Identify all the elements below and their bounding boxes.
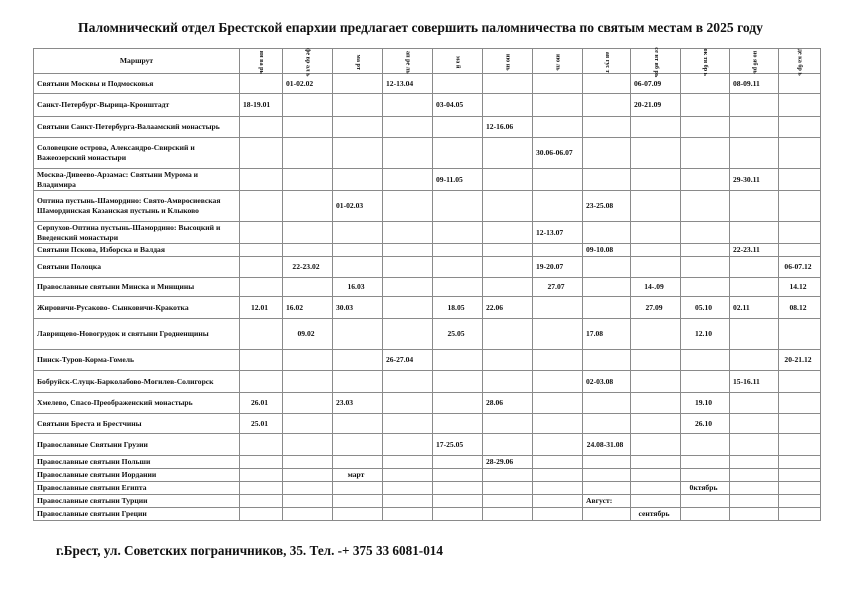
- date-cell-июль: [533, 393, 583, 414]
- date-cell-январь: [240, 508, 283, 521]
- date-cell-декабрь: [779, 482, 821, 495]
- date-cell-февраль: [283, 94, 333, 117]
- date-cell-ноябрь: [730, 138, 779, 169]
- date-cell-июнь: [483, 169, 533, 191]
- date-cell-апрель: [383, 94, 433, 117]
- month-header-label: ян ва рь: [258, 51, 265, 74]
- date-cell-август: 23-25.08: [583, 191, 631, 222]
- date-cell-февраль: [283, 222, 333, 244]
- date-cell-май: [433, 495, 483, 508]
- date-cell-июнь: 12-16.06: [483, 117, 533, 138]
- date-cell-сентябрь: [631, 434, 681, 456]
- date-cell-март: [333, 257, 383, 278]
- date-cell-октябрь: 05.10: [681, 297, 730, 319]
- date-cell-июнь: 28.06: [483, 393, 533, 414]
- date-cell-апрель: [383, 319, 433, 350]
- date-cell-май: [433, 257, 483, 278]
- date-cell-июнь: [483, 319, 533, 350]
- month-header-1: фе вр ал ь: [283, 49, 333, 74]
- month-header-label: ма й: [454, 56, 461, 68]
- date-cell-март: 30.03: [333, 297, 383, 319]
- date-cell-апрель: [383, 244, 433, 257]
- date-cell-сентябрь: 20-21.09: [631, 94, 681, 117]
- date-cell-март: [333, 117, 383, 138]
- date-cell-ноябрь: [730, 191, 779, 222]
- date-cell-август: [583, 94, 631, 117]
- date-cell-июль: [533, 191, 583, 222]
- date-cell-февраль: [283, 278, 333, 297]
- table-row: Православные святыни Египта0ктябрь: [34, 482, 821, 495]
- date-cell-май: [433, 278, 483, 297]
- date-cell-апрель: [383, 278, 433, 297]
- route-name: Православные святыни Польши: [34, 456, 240, 469]
- date-cell-октябрь: [681, 222, 730, 244]
- table-row: Лаврищево-Новогрудок и святыни Гродненщи…: [34, 319, 821, 350]
- date-cell-октябрь: 26.10: [681, 414, 730, 434]
- date-cell-февраль: [283, 495, 333, 508]
- date-cell-ноябрь: 15-16.11: [730, 371, 779, 393]
- table-body: Святыни Москвы и Подмосковья01-02.0212-1…: [34, 74, 821, 521]
- month-header-5: ию нь: [483, 49, 533, 74]
- route-name: Оптина пустынь-Шамордино: Свято-Амвросие…: [34, 191, 240, 222]
- date-cell-декабрь: [779, 94, 821, 117]
- date-cell-октябрь: [681, 495, 730, 508]
- date-cell-июль: [533, 508, 583, 521]
- date-cell-июль: [533, 297, 583, 319]
- pilgrimage-schedule-table: Маршрут ян ва рьфе вр ал ьма ртап ре льм…: [33, 48, 821, 521]
- date-cell-январь: [240, 117, 283, 138]
- route-name: Православные Святыни Грузии: [34, 434, 240, 456]
- date-cell-май: 17-25.05: [433, 434, 483, 456]
- date-cell-сентябрь: [631, 117, 681, 138]
- date-cell-декабрь: 08.12: [779, 297, 821, 319]
- date-cell-октябрь: [681, 94, 730, 117]
- date-cell-октябрь: [681, 434, 730, 456]
- date-cell-январь: [240, 191, 283, 222]
- date-cell-сентябрь: [631, 393, 681, 414]
- date-cell-ноябрь: [730, 482, 779, 495]
- table-row: Православные святыни Иорданиимарт: [34, 469, 821, 482]
- date-cell-февраль: [283, 350, 333, 371]
- month-header-2: ма рт: [333, 49, 383, 74]
- date-cell-сентябрь: [631, 222, 681, 244]
- date-cell-май: [433, 191, 483, 222]
- date-cell-август: [583, 469, 631, 482]
- date-cell-февраль: [283, 469, 333, 482]
- route-name: Бобруйск-Слуцк-Барколабово-Могилев-Солиг…: [34, 371, 240, 393]
- date-cell-сентябрь: 14-.09: [631, 278, 681, 297]
- date-cell-октябрь: [681, 456, 730, 469]
- route-name: Пинск-Туров-Корма-Гомель: [34, 350, 240, 371]
- table-row: Православные святыни Грециисентябрь: [34, 508, 821, 521]
- date-cell-сентябрь: [631, 482, 681, 495]
- date-cell-январь: 25.01: [240, 414, 283, 434]
- month-header-3: ап ре ль: [383, 49, 433, 74]
- date-cell-июнь: [483, 495, 533, 508]
- date-cell-июнь: [483, 508, 533, 521]
- date-cell-март: [333, 222, 383, 244]
- date-cell-декабрь: [779, 456, 821, 469]
- month-header-8: се нт яб рь: [631, 49, 681, 74]
- date-cell-ноябрь: [730, 434, 779, 456]
- table-row: Святыни Полоцка22-23.0219-20.0706-07.12: [34, 257, 821, 278]
- date-cell-февраль: [283, 191, 333, 222]
- date-cell-июль: [533, 350, 583, 371]
- date-cell-май: [433, 244, 483, 257]
- date-cell-ноябрь: [730, 393, 779, 414]
- month-header-label: ма рт: [354, 55, 361, 70]
- date-cell-ноябрь: [730, 117, 779, 138]
- date-cell-март: [333, 350, 383, 371]
- date-cell-октябрь: [681, 191, 730, 222]
- route-name: Святыни Санкт-Петербурга-Валаамский мона…: [34, 117, 240, 138]
- date-cell-июль: 27.07: [533, 278, 583, 297]
- date-cell-август: [583, 508, 631, 521]
- date-cell-декабрь: [779, 222, 821, 244]
- date-cell-февраль: 22-23.02: [283, 257, 333, 278]
- date-cell-декабрь: [779, 469, 821, 482]
- date-cell-февраль: [283, 508, 333, 521]
- date-cell-август: [583, 414, 631, 434]
- date-cell-январь: [240, 74, 283, 94]
- date-cell-декабрь: [779, 495, 821, 508]
- table-row: Святыни Санкт-Петербурга-Валаамский мона…: [34, 117, 821, 138]
- date-cell-июль: 19-20.07: [533, 257, 583, 278]
- table-row: Хмелево, Спасо-Преображенский монастырь2…: [34, 393, 821, 414]
- date-cell-декабрь: 14.12: [779, 278, 821, 297]
- route-name: Святыни Пскова, Изборска и Валдая: [34, 244, 240, 257]
- date-cell-август: [583, 482, 631, 495]
- date-cell-сентябрь: сентябрь: [631, 508, 681, 521]
- date-cell-февраль: [283, 244, 333, 257]
- date-cell-июнь: [483, 371, 533, 393]
- month-header-label: ию нь: [504, 54, 511, 71]
- date-cell-май: [433, 74, 483, 94]
- date-cell-февраль: [283, 169, 333, 191]
- date-cell-октябрь: [681, 244, 730, 257]
- month-header-label: ию ль: [554, 54, 561, 71]
- table-row: Пинск-Туров-Корма-Гомель26-27.0420-21.12: [34, 350, 821, 371]
- date-cell-январь: [240, 469, 283, 482]
- date-cell-июль: [533, 414, 583, 434]
- route-name: Хмелево, Спасо-Преображенский монастырь: [34, 393, 240, 414]
- date-cell-май: [433, 393, 483, 414]
- date-cell-январь: [240, 278, 283, 297]
- date-cell-январь: [240, 350, 283, 371]
- date-cell-апрель: [383, 414, 433, 434]
- route-name: Святыни Бреста и Брестчины: [34, 414, 240, 434]
- date-cell-декабрь: [779, 244, 821, 257]
- date-cell-март: [333, 495, 383, 508]
- date-cell-сентябрь: [631, 319, 681, 350]
- date-cell-февраль: [283, 482, 333, 495]
- date-cell-сентябрь: [631, 244, 681, 257]
- date-cell-сентябрь: [631, 138, 681, 169]
- date-cell-февраль: [283, 393, 333, 414]
- date-cell-февраль: 09.02: [283, 319, 333, 350]
- date-cell-ноябрь: 29-30.11: [730, 169, 779, 191]
- table-row: Соловецкие острова, Александро-Свирский …: [34, 138, 821, 169]
- date-cell-декабрь: [779, 371, 821, 393]
- date-cell-август: Август:: [583, 495, 631, 508]
- date-cell-апрель: [383, 482, 433, 495]
- table-row: Святыни Пскова, Изборска и Валдая09-10.0…: [34, 244, 821, 257]
- date-cell-январь: [240, 222, 283, 244]
- table-row: Санкт-Петербург-Вырица-Кронштадт18-19.01…: [34, 94, 821, 117]
- date-cell-март: март: [333, 469, 383, 482]
- date-cell-ноябрь: 22-23.11: [730, 244, 779, 257]
- date-cell-январь: [240, 319, 283, 350]
- date-cell-июль: [533, 371, 583, 393]
- date-cell-сентябрь: 27.09: [631, 297, 681, 319]
- date-cell-январь: [240, 169, 283, 191]
- month-header-7: ав гус т: [583, 49, 631, 74]
- month-header-0: ян ва рь: [240, 49, 283, 74]
- month-header-6: ию ль: [533, 49, 583, 74]
- date-cell-январь: 26.01: [240, 393, 283, 414]
- date-cell-ноябрь: [730, 278, 779, 297]
- date-cell-июнь: [483, 434, 533, 456]
- route-column-header: Маршрут: [34, 49, 240, 74]
- date-cell-декабрь: [779, 319, 821, 350]
- table-row: Серпухов-Оптина пустынь-Шамордино: Высоц…: [34, 222, 821, 244]
- table-row: Святыни Бреста и Брестчины25.0126.10: [34, 414, 821, 434]
- route-name: Святыни Полоцка: [34, 257, 240, 278]
- date-cell-август: [583, 117, 631, 138]
- date-cell-апрель: [383, 169, 433, 191]
- date-cell-февраль: [283, 117, 333, 138]
- route-name: Православные святыни Греции: [34, 508, 240, 521]
- date-cell-апрель: [383, 222, 433, 244]
- date-cell-февраль: 16.02: [283, 297, 333, 319]
- month-header-label: де ка бр ь: [796, 49, 803, 76]
- route-name: Православные святыни Египта: [34, 482, 240, 495]
- date-cell-август: 02-03.08: [583, 371, 631, 393]
- date-cell-май: 03-04.05: [433, 94, 483, 117]
- date-cell-июнь: [483, 257, 533, 278]
- date-cell-апрель: [383, 117, 433, 138]
- date-cell-май: 09-11.05: [433, 169, 483, 191]
- date-cell-февраль: [283, 414, 333, 434]
- date-cell-октябрь: 19.10: [681, 393, 730, 414]
- date-cell-декабрь: 20-21.12: [779, 350, 821, 371]
- date-cell-декабрь: [779, 191, 821, 222]
- date-cell-август: [583, 257, 631, 278]
- date-cell-ноябрь: 02.11: [730, 297, 779, 319]
- date-cell-декабрь: [779, 169, 821, 191]
- date-cell-май: [433, 482, 483, 495]
- date-cell-апрель: [383, 371, 433, 393]
- date-cell-апрель: [383, 434, 433, 456]
- date-cell-октябрь: [681, 371, 730, 393]
- date-cell-август: [583, 278, 631, 297]
- date-cell-июнь: [483, 414, 533, 434]
- date-cell-январь: [240, 495, 283, 508]
- table-row: Москва-Дивеево-Арзамас: Святыни Мурома и…: [34, 169, 821, 191]
- date-cell-август: 09-10.08: [583, 244, 631, 257]
- date-cell-декабрь: [779, 138, 821, 169]
- table-row: Православные святыни Минска и Минщины16.…: [34, 278, 821, 297]
- date-cell-декабрь: [779, 434, 821, 456]
- date-cell-март: [333, 456, 383, 469]
- date-cell-май: [433, 138, 483, 169]
- date-cell-июнь: [483, 278, 533, 297]
- date-cell-ноябрь: [730, 456, 779, 469]
- date-cell-октябрь: [681, 257, 730, 278]
- date-cell-ноябрь: [730, 508, 779, 521]
- date-cell-декабрь: [779, 508, 821, 521]
- date-cell-август: [583, 222, 631, 244]
- date-cell-март: [333, 138, 383, 169]
- date-cell-январь: [240, 257, 283, 278]
- month-header-label: но яб рь: [751, 51, 758, 74]
- date-cell-апрель: [383, 191, 433, 222]
- date-cell-июль: [533, 94, 583, 117]
- date-cell-август: [583, 138, 631, 169]
- route-name: Серпухов-Оптина пустынь-Шамордино: Высоц…: [34, 222, 240, 244]
- date-cell-март: [333, 94, 383, 117]
- date-cell-октябрь: [681, 169, 730, 191]
- date-cell-сентябрь: [631, 495, 681, 508]
- date-cell-апрель: [383, 456, 433, 469]
- date-cell-ноябрь: [730, 350, 779, 371]
- date-cell-сентябрь: [631, 191, 681, 222]
- date-cell-июнь: [483, 138, 533, 169]
- route-name: Святыни Москвы и Подмосковья: [34, 74, 240, 94]
- date-cell-ноябрь: [730, 414, 779, 434]
- date-cell-май: [433, 222, 483, 244]
- date-cell-ноябрь: [730, 319, 779, 350]
- table-row: Святыни Москвы и Подмосковья01-02.0212-1…: [34, 74, 821, 94]
- date-cell-октябрь: [681, 508, 730, 521]
- date-cell-март: 23.03: [333, 393, 383, 414]
- month-header-label: ок тя бр ь: [702, 49, 709, 76]
- date-cell-октябрь: [681, 138, 730, 169]
- date-cell-сентябрь: [631, 371, 681, 393]
- date-cell-февраль: [283, 371, 333, 393]
- date-cell-июль: [533, 469, 583, 482]
- date-cell-июнь: 28-29.06: [483, 456, 533, 469]
- date-cell-июнь: [483, 469, 533, 482]
- date-cell-декабрь: [779, 117, 821, 138]
- route-name: Соловецкие острова, Александро-Свирский …: [34, 138, 240, 169]
- route-name: Православные святыни Иордании: [34, 469, 240, 482]
- date-cell-ноябрь: [730, 94, 779, 117]
- date-cell-апрель: [383, 508, 433, 521]
- month-header-label: се нт яб рь: [652, 47, 659, 77]
- date-cell-март: [333, 244, 383, 257]
- table-row: Оптина пустынь-Шамордино: Свято-Амвросие…: [34, 191, 821, 222]
- date-cell-июль: [533, 482, 583, 495]
- route-name: Православные святыни Минска и Минщины: [34, 278, 240, 297]
- date-cell-декабрь: 06-07.12: [779, 257, 821, 278]
- date-cell-март: 16.03: [333, 278, 383, 297]
- route-name: Москва-Дивеево-Арзамас: Святыни Мурома и…: [34, 169, 240, 191]
- date-cell-февраль: [283, 456, 333, 469]
- table-row: Жировичи-Русаково- Сынковичи-Кракотка12.…: [34, 297, 821, 319]
- date-cell-октябрь: 0ктябрь: [681, 482, 730, 495]
- date-cell-ноябрь: [730, 222, 779, 244]
- date-cell-апрель: 12-13.04: [383, 74, 433, 94]
- month-header-11: де ка бр ь: [779, 49, 821, 74]
- date-cell-январь: [240, 456, 283, 469]
- date-cell-сентябрь: [631, 414, 681, 434]
- date-cell-март: [333, 371, 383, 393]
- date-cell-июль: [533, 117, 583, 138]
- date-cell-сентябрь: [631, 350, 681, 371]
- date-cell-июнь: [483, 191, 533, 222]
- date-cell-февраль: [283, 434, 333, 456]
- date-cell-май: [433, 508, 483, 521]
- date-cell-март: [333, 74, 383, 94]
- date-cell-май: [433, 350, 483, 371]
- date-cell-июнь: [483, 74, 533, 94]
- date-cell-сентябрь: [631, 469, 681, 482]
- date-cell-март: [333, 319, 383, 350]
- date-cell-ноябрь: 08-09.11: [730, 74, 779, 94]
- date-cell-апрель: [383, 469, 433, 482]
- date-cell-ноябрь: [730, 469, 779, 482]
- date-cell-май: 25.05: [433, 319, 483, 350]
- date-cell-март: 01-02.03: [333, 191, 383, 222]
- date-cell-июнь: [483, 222, 533, 244]
- month-header-10: но яб рь: [730, 49, 779, 74]
- date-cell-январь: [240, 138, 283, 169]
- date-cell-август: [583, 297, 631, 319]
- date-cell-октябрь: [681, 117, 730, 138]
- date-cell-август: [583, 393, 631, 414]
- table-row: Бобруйск-Слуцк-Барколабово-Могилев-Солиг…: [34, 371, 821, 393]
- date-cell-октябрь: [681, 74, 730, 94]
- date-cell-август: [583, 74, 631, 94]
- date-cell-октябрь: [681, 469, 730, 482]
- date-cell-декабрь: [779, 414, 821, 434]
- table-row: Православные святыни Польши28-29.06: [34, 456, 821, 469]
- date-cell-март: [333, 434, 383, 456]
- date-cell-июль: [533, 434, 583, 456]
- date-cell-сентябрь: [631, 169, 681, 191]
- date-cell-август: [583, 456, 631, 469]
- date-cell-декабрь: [779, 393, 821, 414]
- date-cell-февраль: [283, 138, 333, 169]
- date-cell-май: [433, 456, 483, 469]
- date-cell-август: 17.08: [583, 319, 631, 350]
- table-row: Православные святыни ТурцииАвгуст:: [34, 495, 821, 508]
- date-cell-июль: [533, 319, 583, 350]
- date-cell-июнь: [483, 350, 533, 371]
- date-cell-январь: [240, 371, 283, 393]
- date-cell-декабрь: [779, 74, 821, 94]
- date-cell-июнь: [483, 244, 533, 257]
- date-cell-сентябрь: [631, 257, 681, 278]
- date-cell-май: [433, 117, 483, 138]
- date-cell-июнь: 22.06: [483, 297, 533, 319]
- date-cell-январь: 18-19.01: [240, 94, 283, 117]
- date-cell-август: 24.08-31.08: [583, 434, 631, 456]
- date-cell-апрель: [383, 297, 433, 319]
- date-cell-февраль: 01-02.02: [283, 74, 333, 94]
- date-cell-июль: [533, 74, 583, 94]
- date-cell-май: [433, 371, 483, 393]
- month-header-4: ма й: [433, 49, 483, 74]
- date-cell-октябрь: [681, 350, 730, 371]
- date-cell-июль: 12-13.07: [533, 222, 583, 244]
- table-header-row: Маршрут ян ва рьфе вр ал ьма ртап ре льм…: [34, 49, 821, 74]
- month-header-label: ап ре ль: [404, 51, 411, 74]
- date-cell-май: [433, 469, 483, 482]
- route-name: Православные святыни Турции: [34, 495, 240, 508]
- route-name: Лаврищево-Новогрудок и святыни Гродненщи…: [34, 319, 240, 350]
